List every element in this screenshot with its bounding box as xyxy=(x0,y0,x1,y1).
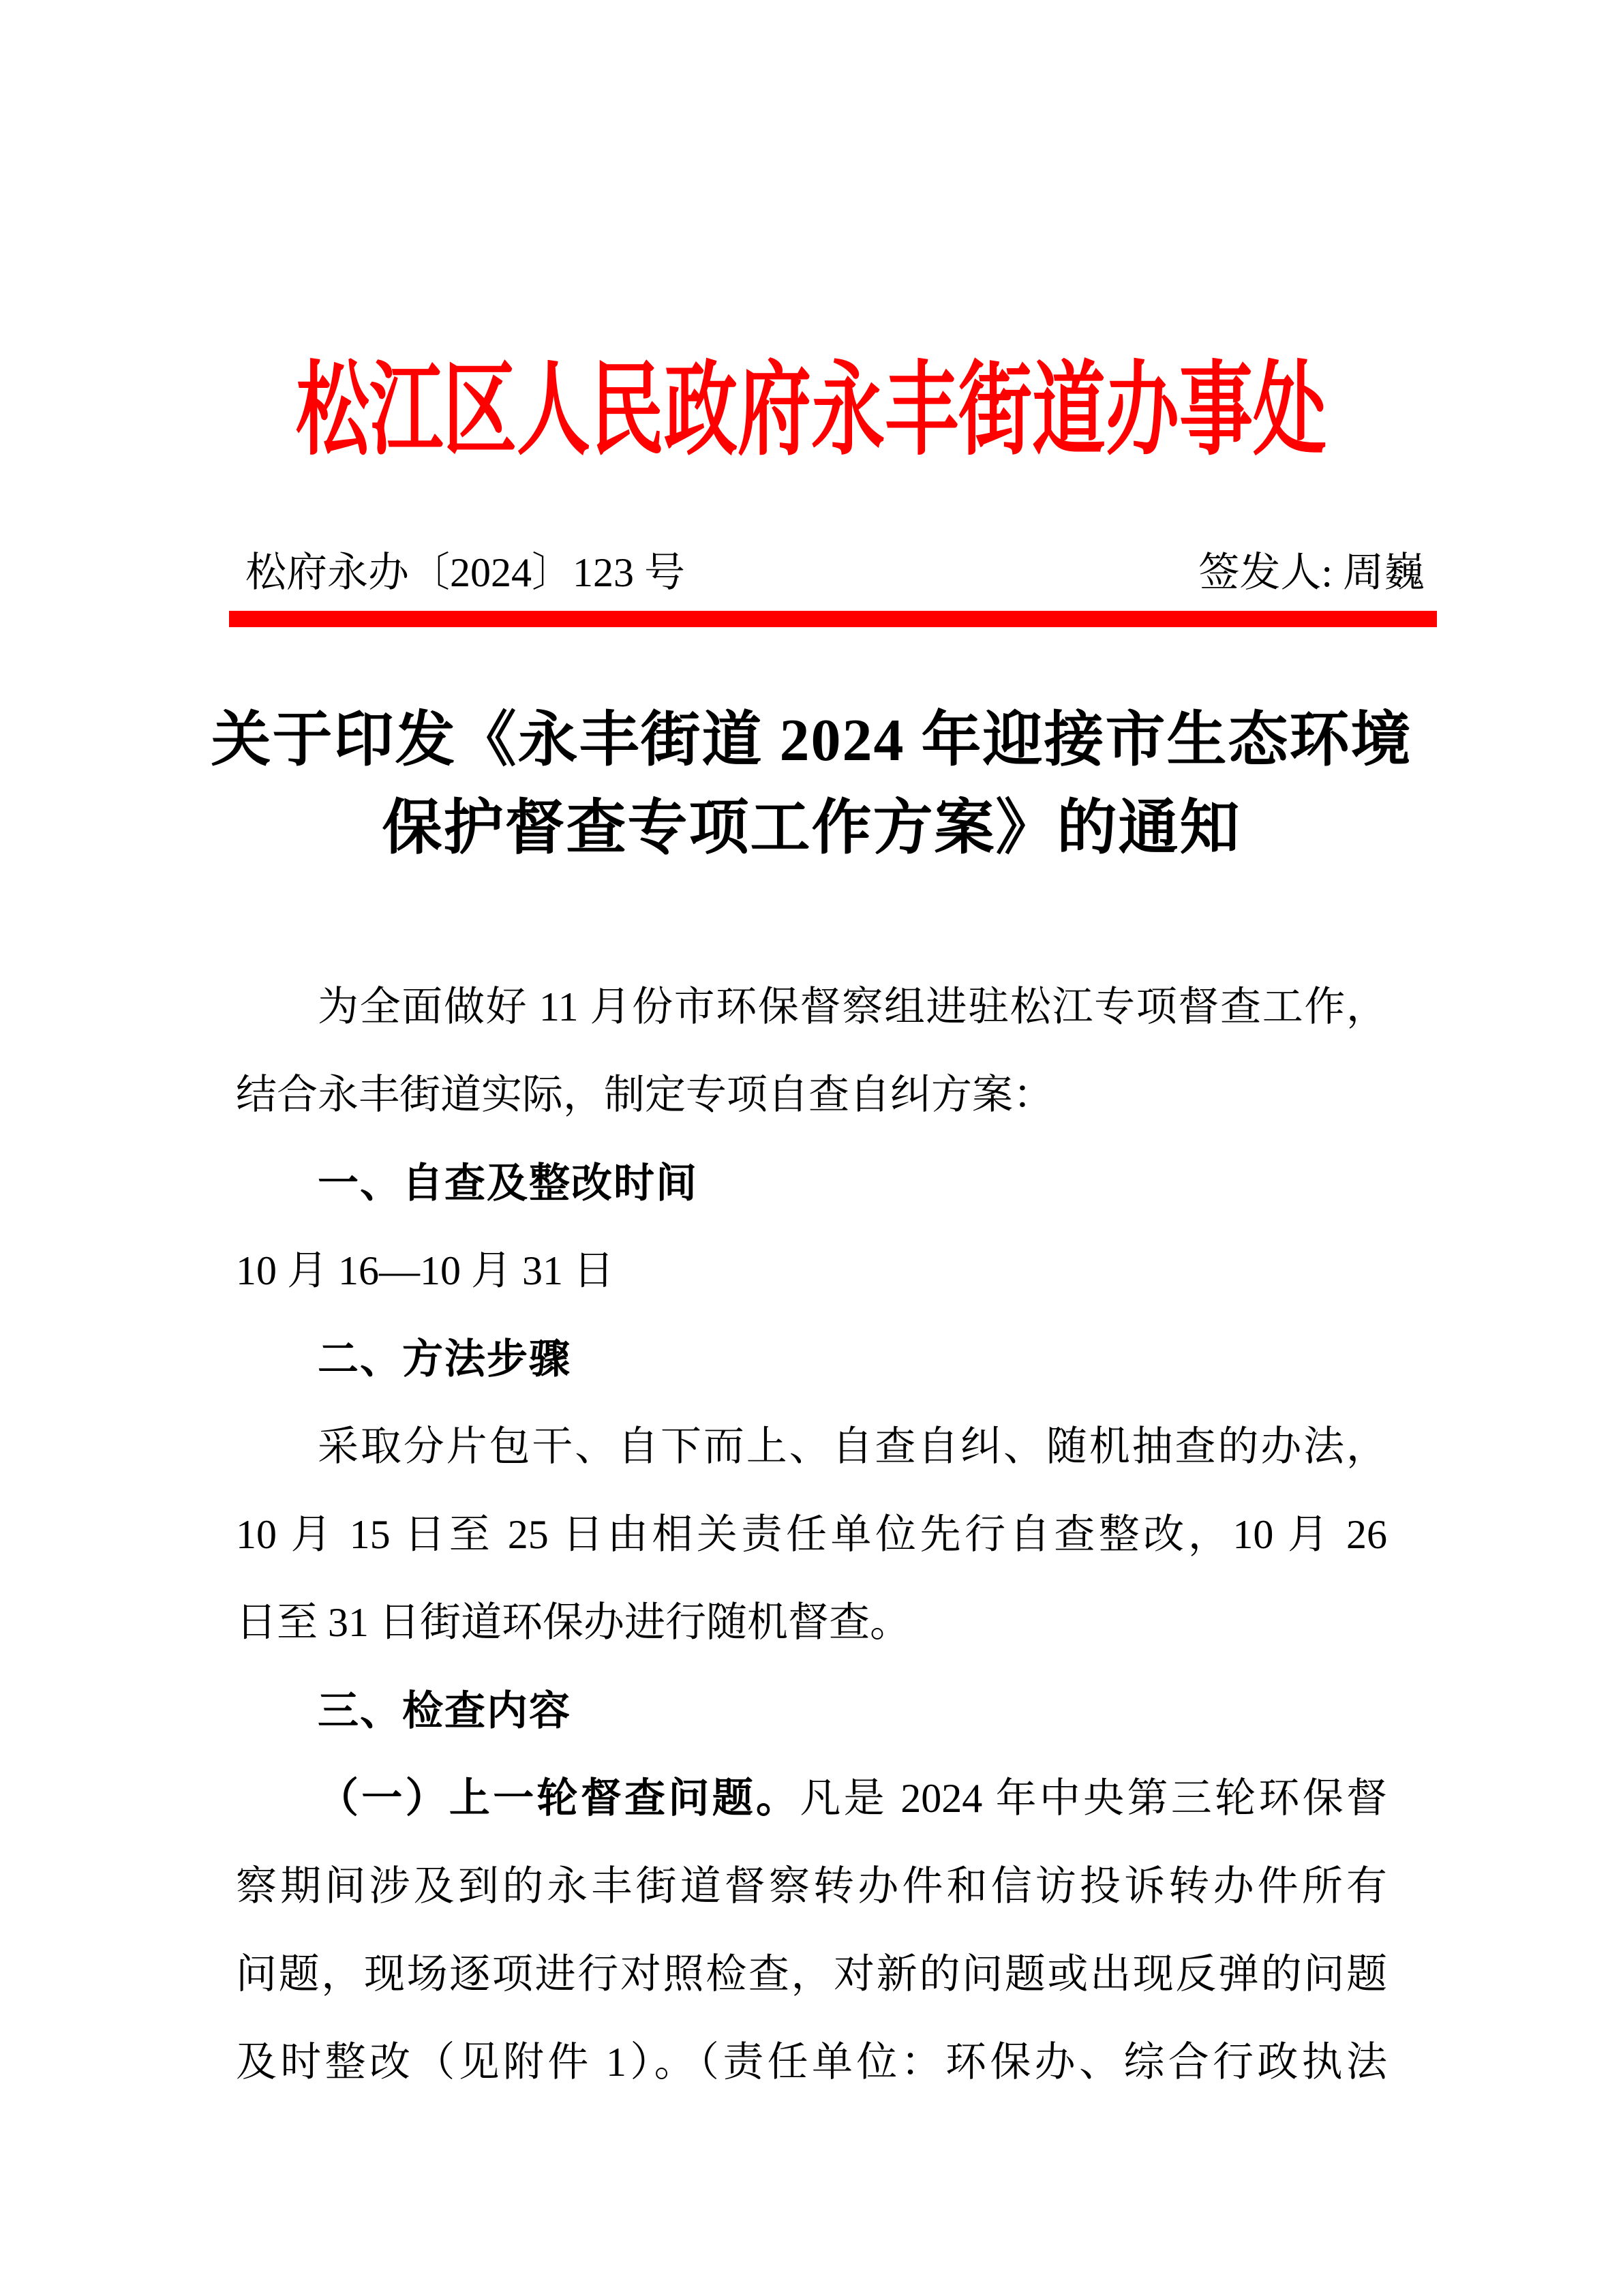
letterhead-agency-text: 松江区人民政府永丰街道办事处 xyxy=(296,360,1326,462)
document-title-line-1: 关于印发《永丰街道 2024 年迎接市生态环境 xyxy=(0,697,1623,785)
red-separator-rule xyxy=(229,611,1437,627)
paragraph-text: 凡是 2024 年中央第三轮环保督 xyxy=(800,1776,1387,1821)
issuer: 签发人: 周巍 xyxy=(1198,545,1425,600)
section-heading-2: 二、方法步骤 xyxy=(236,1315,1387,1403)
document-number: 松府永办〔2024〕123 号 xyxy=(245,545,685,600)
paragraph-line: 问题，现场逐项进行对照检查，对新的问题或出现反弹的问题 xyxy=(236,1931,1387,2019)
letterhead-agency-title: 松江区人民政府永丰街道办事处 xyxy=(0,360,1623,462)
paragraph-line: （一）上一轮督查问题。凡是 2024 年中央第三轮环保督 xyxy=(236,1755,1387,1843)
paragraph-line: 10 月 15 日至 25 日由相关责任单位先行自查整改，10 月 26 xyxy=(236,1491,1387,1579)
paragraph-line: 及时整改（见附件 1）。（责任单位：环保办、综合行政执法 xyxy=(236,2019,1387,2106)
paragraph-line: 日至 31 日街道环保办进行随机督查。 xyxy=(236,1579,1387,1667)
document-title-line-2: 保护督查专项工作方案》的通知 xyxy=(0,785,1623,873)
document-page: 松江区人民政府永丰街道办事处 松府永办〔2024〕123 号 签发人: 周巍 关… xyxy=(0,0,1623,2296)
paragraph-line: 10 月 16—10 月 31 日 xyxy=(236,1227,1387,1315)
document-number-row: 松府永办〔2024〕123 号 签发人: 周巍 xyxy=(245,545,1425,600)
paragraph-line: 为全面做好 11 月份市环保督察组进驻松江专项督查工作， xyxy=(236,963,1387,1051)
subsection-heading: （一）上一轮督查问题。 xyxy=(318,1776,800,1821)
section-heading-1: 一、自查及整改时间 xyxy=(236,1139,1387,1227)
section-heading-3: 三、检查内容 xyxy=(236,1667,1387,1755)
document-title: 关于印发《永丰街道 2024 年迎接市生态环境 保护督查专项工作方案》的通知 xyxy=(0,697,1623,873)
paragraph-line: 察期间涉及到的永丰街道督察转办件和信访投诉转办件所有 xyxy=(236,1843,1387,1931)
paragraph-line: 采取分片包干、自下而上、自查自纠、随机抽查的办法， xyxy=(236,1403,1387,1491)
document-body: 为全面做好 11 月份市环保督察组进驻松江专项督查工作， 结合永丰街道实际，制定… xyxy=(236,963,1387,2106)
paragraph-line: 结合永丰街道实际，制定专项自查自纠方案： xyxy=(236,1051,1387,1139)
